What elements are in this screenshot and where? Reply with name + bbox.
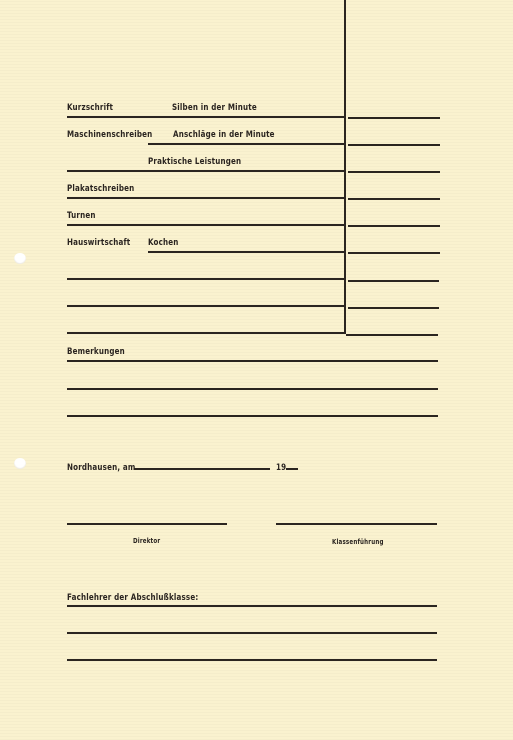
line-kochen — [148, 251, 344, 253]
label-nordhausen: Nordhausen, am — [67, 463, 135, 473]
label-anschlaege: Anschläge in der Minute — [173, 130, 275, 140]
grade-line-5 — [348, 225, 440, 227]
label-maschinenschreiben: Maschinenschreiben — [67, 130, 152, 140]
line-turnen — [67, 224, 344, 226]
grade-line-1 — [348, 117, 440, 119]
grade-line-6 — [348, 252, 440, 254]
line-plakatschreiben — [67, 197, 344, 199]
remarks-line-2 — [67, 388, 438, 390]
grade-line-4 — [348, 198, 440, 200]
label-plakatschreiben: Plakatschreiben — [67, 184, 134, 194]
label-year-prefix: 19 — [276, 463, 286, 473]
remarks-line-3 — [67, 415, 438, 417]
label-silben: Silben in der Minute — [172, 103, 257, 113]
punch-hole-bottom — [14, 458, 26, 469]
line-blank-1 — [67, 278, 344, 280]
label-praktische-leistungen: Praktische Leistungen — [148, 157, 241, 167]
label-direktor: Direktor — [133, 536, 160, 546]
grade-line-8 — [348, 307, 439, 309]
grade-line-7 — [348, 280, 439, 282]
label-fachlehrer: Fachlehrer der Abschlußklasse: — [67, 593, 198, 603]
date-line — [134, 468, 270, 470]
grade-line-3 — [348, 171, 440, 173]
punch-hole-top — [14, 253, 26, 264]
line-kurzschrift — [67, 116, 344, 118]
teachers-line-3 — [67, 659, 437, 661]
teachers-line-2 — [67, 632, 437, 634]
label-hauswirtschaft: Hauswirtschaft — [67, 238, 130, 248]
label-turnen: Turnen — [67, 211, 96, 221]
line-praktische — [67, 170, 344, 172]
label-bemerkungen: Bemerkungen — [67, 347, 125, 357]
remarks-line-1 — [67, 360, 438, 362]
label-klassenfuehrung: Klassenführung — [332, 537, 384, 547]
label-kochen: Kochen — [148, 238, 179, 248]
line-maschinenschreiben — [148, 143, 344, 145]
label-kurzschrift: Kurzschrift — [67, 103, 113, 113]
line-blank-2 — [67, 305, 344, 307]
column-divider — [344, 0, 346, 334]
year-line — [286, 468, 298, 470]
teachers-line-1 — [67, 605, 437, 607]
grade-line-9 — [346, 334, 438, 336]
grade-line-2 — [348, 144, 440, 146]
signature-line-class — [276, 523, 437, 525]
signature-line-director — [67, 523, 227, 525]
line-blank-3 — [67, 332, 344, 334]
